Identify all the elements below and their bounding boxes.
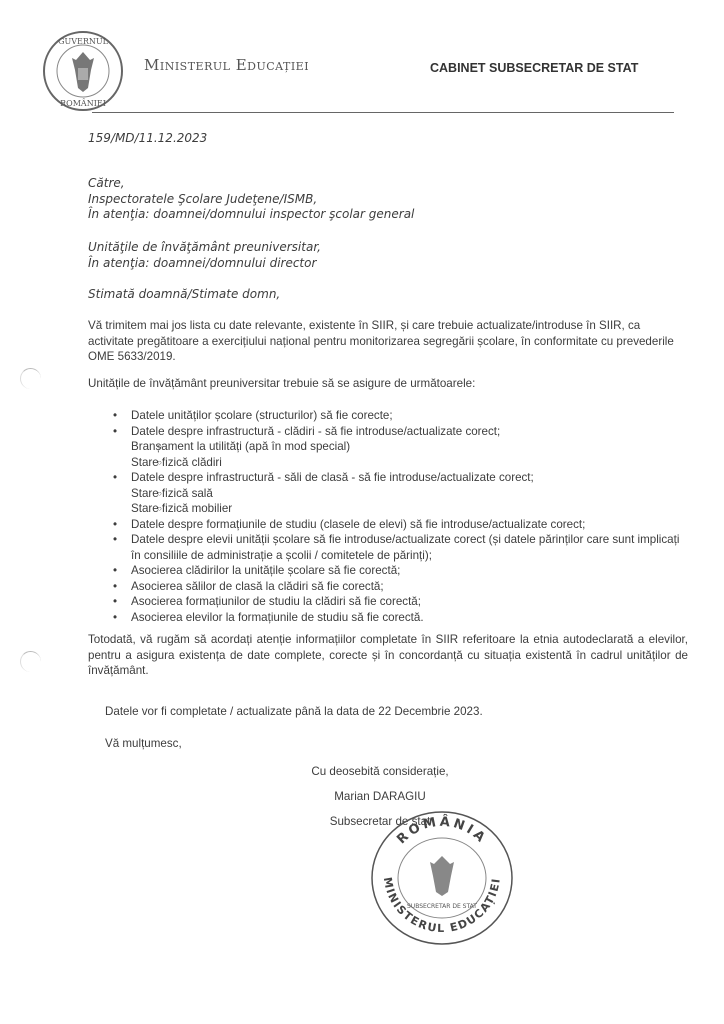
- list-item: •Datele unităților școlare (structurilor…: [131, 408, 691, 424]
- list-intro: Unitățile de învățământ preuniversitar t…: [88, 376, 688, 392]
- svg-text:ROMÂNIEI: ROMÂNIEI: [60, 99, 106, 108]
- addressee-inspectorates: Către, Inspectoratele Şcolare Judeţene/I…: [88, 176, 414, 223]
- bullet-icon: •: [113, 610, 117, 626]
- list-item: •Asocierea elevilor la formațiunile de s…: [131, 610, 691, 626]
- regards: Cu deosebită considerație,: [270, 764, 490, 780]
- circle-bullet-icon: ○: [157, 486, 162, 502]
- bullet-icon: •: [113, 408, 117, 424]
- bullet-icon: •: [113, 424, 117, 440]
- list-item: •Datele despre infrastructură - săli de …: [131, 470, 691, 486]
- circle-bullet-icon: ○: [157, 439, 162, 455]
- header-divider: [92, 112, 674, 113]
- official-stamp-icon: ROMÂNIA MINISTERUL EDUCAȚIEI SUBSECRETAR…: [368, 808, 516, 948]
- deadline-text: Datele vor fi completate / actualizate p…: [105, 704, 483, 720]
- svg-text:ROMÂNIA: ROMÂNIA: [394, 814, 489, 848]
- list-item: •Asocierea formațiunilor de studiu la cl…: [131, 594, 691, 610]
- sub-list-item: ○Branșament la utilități (apă în mod spe…: [131, 439, 691, 455]
- addressee-schools: Unităţile de învăţământ preuniversitar, …: [88, 240, 321, 271]
- circle-bullet-icon: ○: [157, 501, 162, 517]
- sub-list-item: ○Stare fizică clădiri: [131, 455, 691, 471]
- bullet-icon: •: [113, 532, 117, 548]
- intro-paragraph: Vă trimitem mai jos lista cu date releva…: [88, 318, 688, 365]
- bullet-icon: •: [113, 470, 117, 486]
- sub-list-item: ○Stare fizică sală: [131, 486, 691, 502]
- requirements-list: •Datele unităților școlare (structurilor…: [131, 408, 691, 625]
- list-item: •Datele despre elevii unității școlare s…: [131, 532, 691, 563]
- list-item: •Asocierea clădirilor la unitățile școla…: [131, 563, 691, 579]
- bullet-icon: •: [113, 594, 117, 610]
- svg-text:SUBSECRETAR DE STAT: SUBSECRETAR DE STAT: [407, 903, 477, 910]
- list-item: •Datele despre infrastructură - clădiri …: [131, 424, 691, 440]
- punch-hole: [20, 368, 41, 389]
- bullet-icon: •: [113, 517, 117, 533]
- list-item: •Datele despre formațiunile de studiu (c…: [131, 517, 691, 533]
- salutation: Stimată doamnă/Stimate domn,: [88, 287, 280, 301]
- punch-hole: [20, 651, 41, 672]
- thanks-text: Vă mulțumesc,: [105, 736, 182, 752]
- list-item: •Asocierea sălilor de clasă la clădiri s…: [131, 579, 691, 595]
- cabinet-title: CABINET SUBSECRETAR DE STAT: [430, 61, 638, 75]
- signatory-name: Marian DARAGIU: [270, 789, 490, 805]
- circle-bullet-icon: ○: [157, 455, 162, 471]
- ministry-name: Ministerul Educației: [144, 56, 309, 74]
- reference-number: 159/MD/11.12.2023: [88, 131, 207, 145]
- svg-text:GUVERNUL: GUVERNUL: [58, 37, 109, 46]
- sub-list-item: ○Stare fizică mobilier: [131, 501, 691, 517]
- bullet-icon: •: [113, 563, 117, 579]
- government-emblem-icon: GUVERNUL ROMÂNIEI: [42, 30, 124, 112]
- bullet-icon: •: [113, 579, 117, 595]
- closing-paragraph: Totodată, vă rugăm să acordați atenție i…: [88, 632, 688, 679]
